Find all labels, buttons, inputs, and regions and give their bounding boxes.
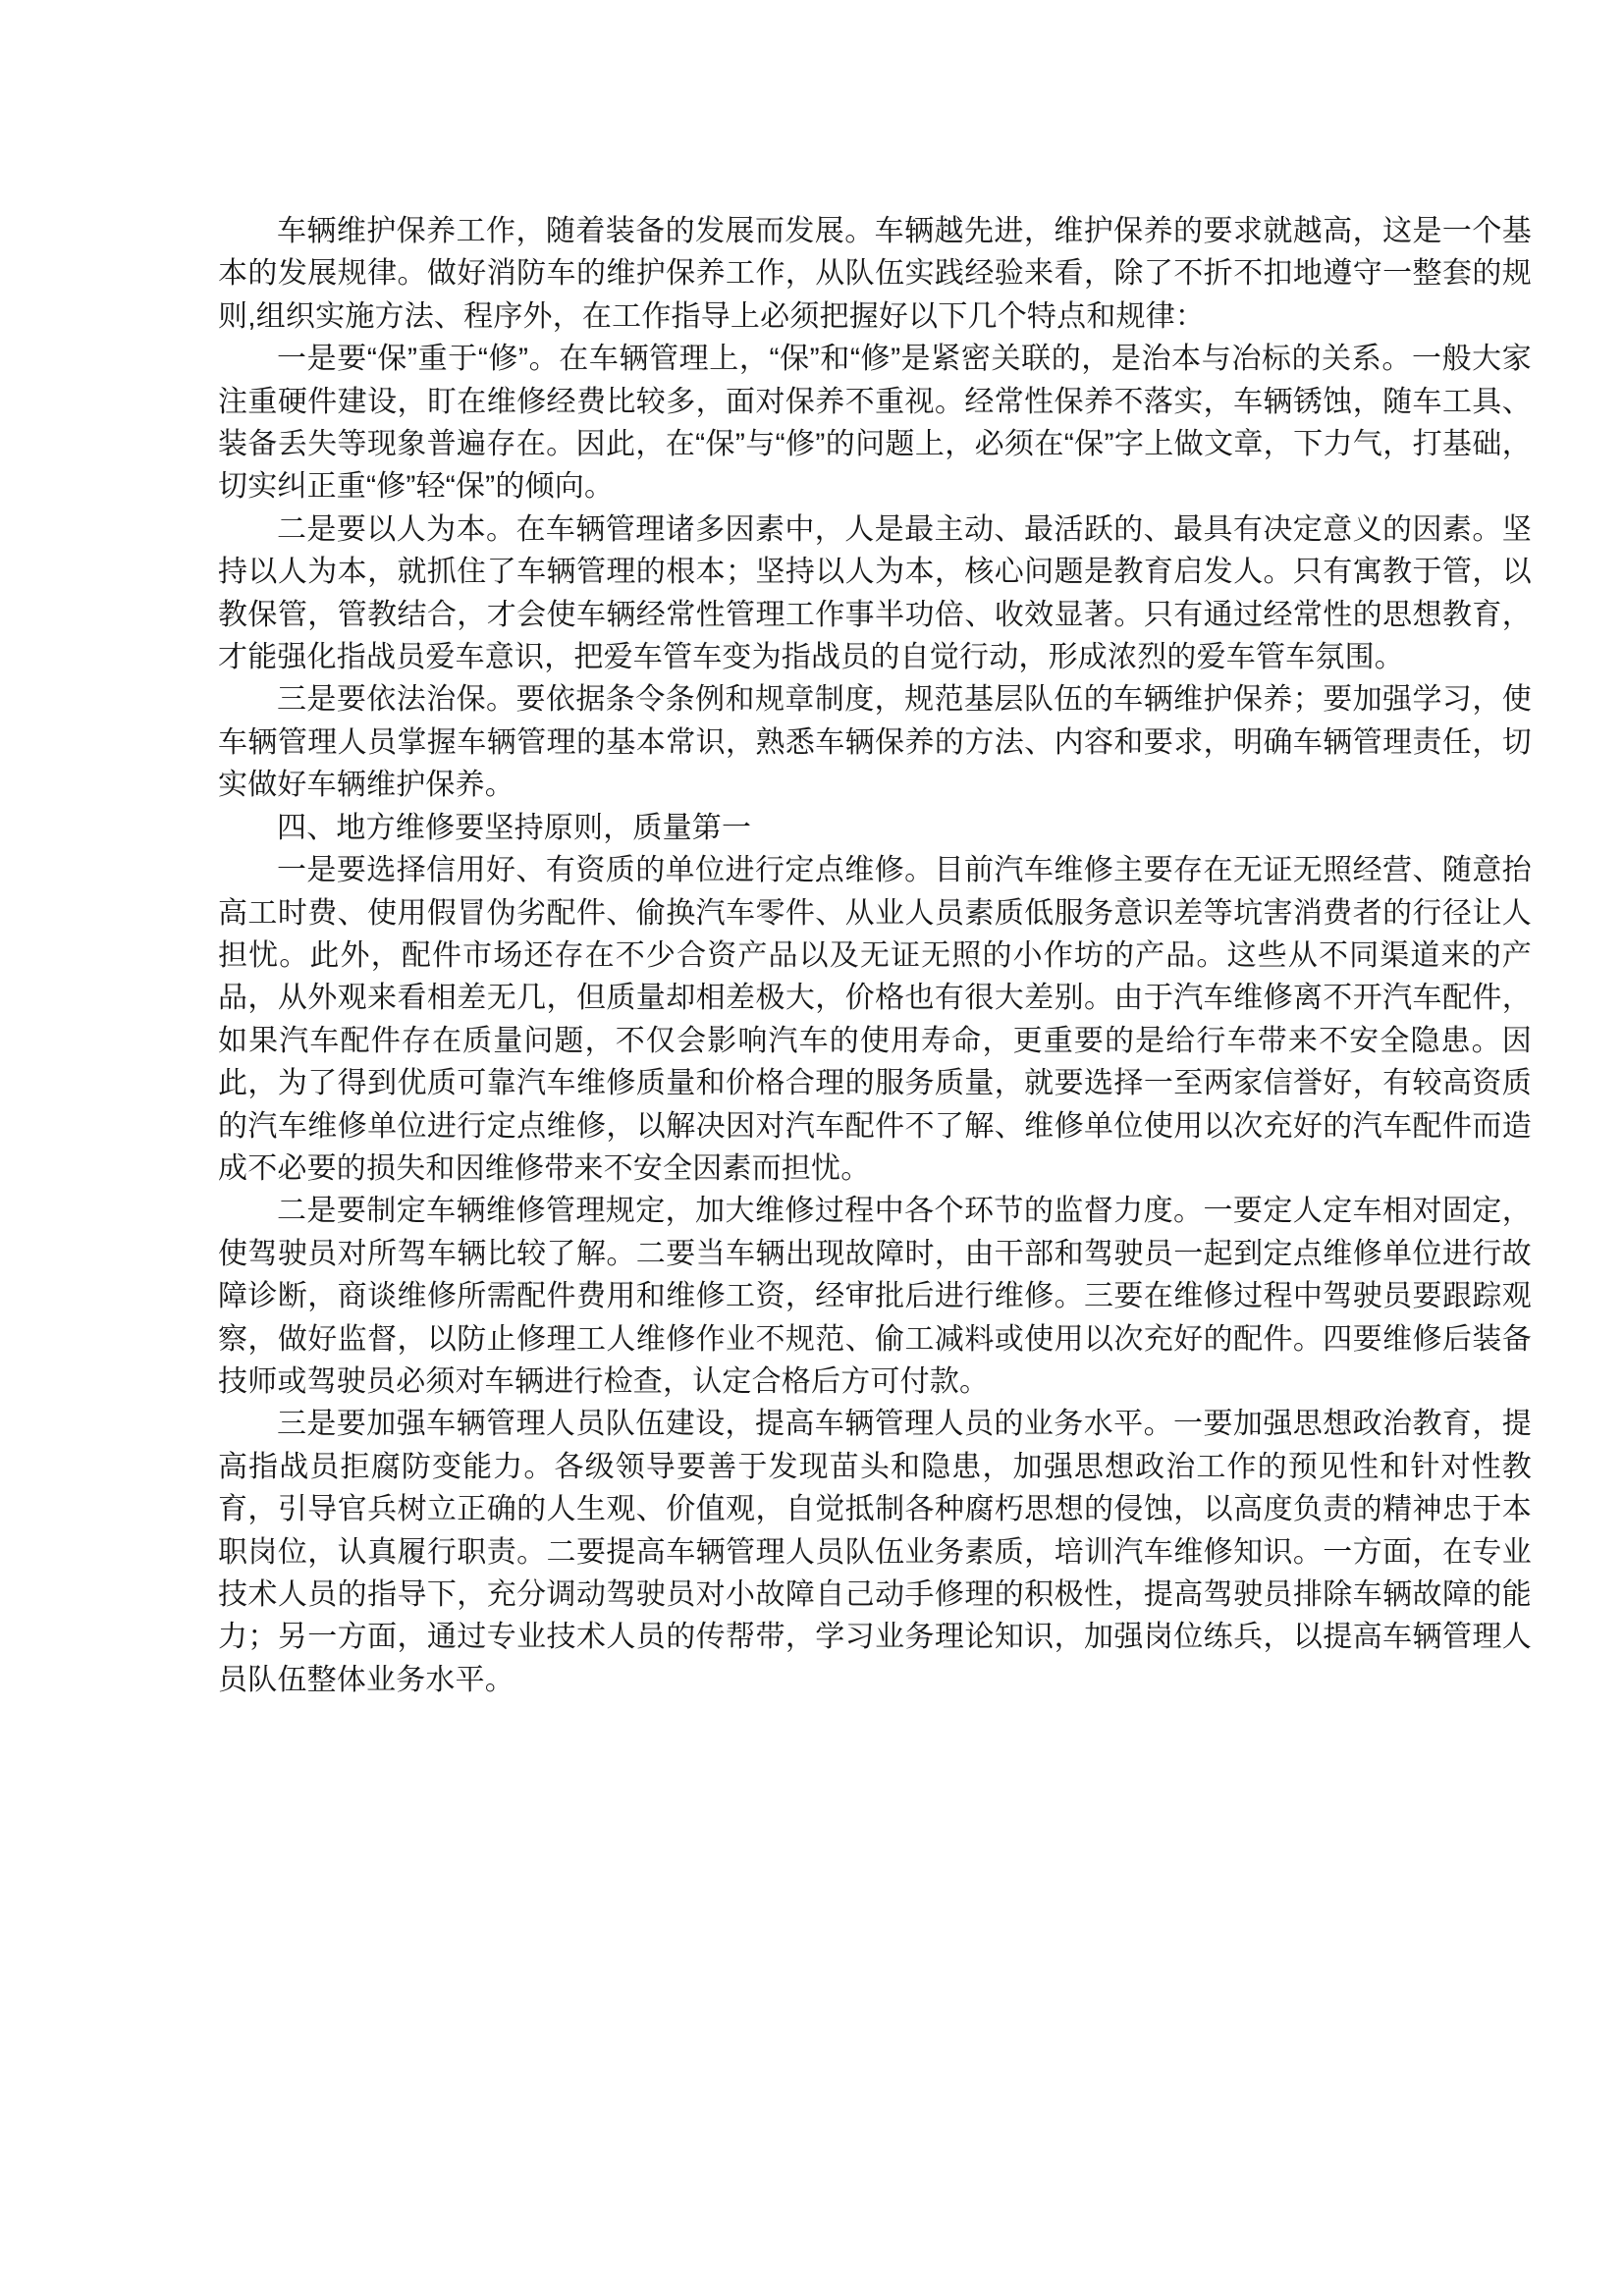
document-page: 车辆维护保养工作，随着装备的发展而发展。车辆越先进，维护保养的要求就越高，这是一… xyxy=(0,0,1624,2296)
paragraph-sub-3-personnel-training: 三是要加强车辆管理人员队伍建设，提高车辆管理人员的业务水平。一要加强思想政治教育… xyxy=(218,1403,1532,1701)
paragraph-sub-1-choose-certified-shops: 一是要选择信用好、有资质的单位进行定点维修。目前汽车维修主要存在无证无照经营、随… xyxy=(218,849,1532,1190)
paragraph-sub-2-repair-regulations: 二是要制定车辆维修管理规定，加大维修过程中各个环节的监督力度。一要定人定车相对固… xyxy=(218,1190,1532,1403)
paragraph-point-2-people-first: 二是要以人为本。在车辆管理诸多因素中，人是最主动、最活跃的、最具有决定意义的因素… xyxy=(218,508,1532,679)
section-heading-four: 四、地方维修要坚持原则，质量第一 xyxy=(218,807,1532,849)
paragraph-point-3-law-based: 三是要依法治保。要依据条令条例和规章制度，规范基层队伍的车辆维护保养；要加强学习… xyxy=(218,678,1532,806)
paragraph-point-1-bao-over-xiu: 一是要“保”重于“修”。在车辆管理上，“保”和“修”是紧密关联的，是治本与冶标的… xyxy=(218,338,1532,508)
document-text-block: 车辆维护保养工作，随着装备的发展而发展。车辆越先进，维护保养的要求就越高，这是一… xyxy=(218,210,1532,1701)
paragraph-intro: 车辆维护保养工作，随着装备的发展而发展。车辆越先进，维护保养的要求就越高，这是一… xyxy=(218,210,1532,338)
